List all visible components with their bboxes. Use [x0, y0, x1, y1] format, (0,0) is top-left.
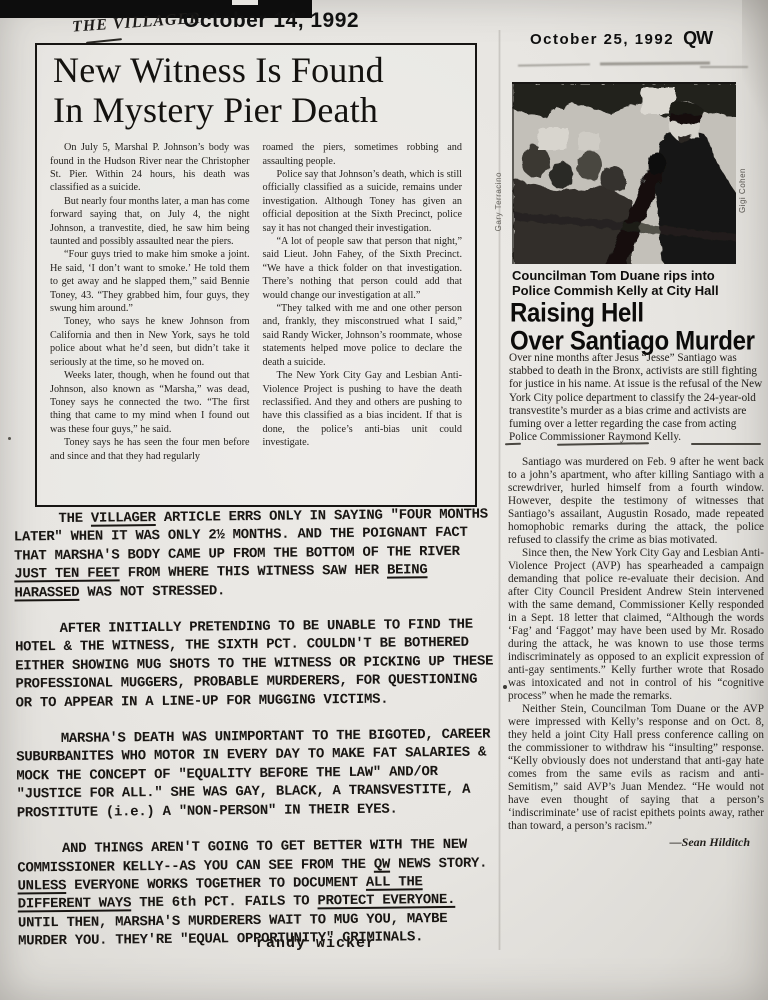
pen-smudge: [518, 63, 590, 66]
typewritten-paragraph: THE VILLAGER ARTICLE ERRS ONLY IN SAYING…: [14, 505, 495, 602]
underlined-text: UNLESS: [17, 878, 66, 895]
paper-crease: [742, 0, 768, 170]
article-paragraph: Toney, who says he knew Johnson from Cal…: [50, 315, 250, 369]
photo-caption: Councilman Tom Duane rips intoPolice Com…: [512, 268, 719, 299]
qw-byline: —Sean Hilditch: [508, 835, 764, 850]
pen-smudge: [700, 66, 748, 68]
text-segment: AFTER INITIALLY PRETENDING TO BE UNABLE …: [15, 617, 493, 711]
qw-byline-row: —Sean Hilditch: [508, 835, 764, 850]
typewritten-signature-row: randy wicker: [16, 935, 496, 952]
qw-date: October 25, 1992: [530, 31, 674, 48]
pen-mark-dot: [503, 685, 507, 689]
news-photo: [512, 82, 736, 264]
qw-headline: Raising HellOver Santiago Murder: [510, 299, 755, 355]
villager-dateline: October 14, 1992: [183, 9, 359, 33]
pen-mark-dot: [8, 437, 11, 440]
article-paragraph: “A lot of people saw that person that ni…: [263, 235, 463, 302]
text-segment: MARSHA'S DEATH WAS UNIMPORTANT TO THE BI…: [16, 727, 490, 822]
qw-headline-line1: Raising Hell: [510, 298, 644, 328]
photo-credit-right: Gigi Cohen: [738, 168, 747, 213]
villager-article: New Witness Is FoundIn Mystery Pier Deat…: [35, 43, 477, 507]
scanned-page: THE VILLAGER, October 14, 1992 October 2…: [0, 0, 768, 1000]
article-paragraph: The New York City Gay and Lesbian Anti-V…: [263, 369, 463, 449]
villager-columns: On July 5, Marshal P. Johnson’s body was…: [37, 132, 475, 481]
paper-fold-shadow: [498, 30, 501, 950]
qw-dateline: October 25, 1992QW: [530, 28, 712, 49]
news-photo-art: [512, 82, 736, 264]
signature: randy wicker: [256, 935, 496, 952]
hand-drawn-divider: [505, 442, 763, 446]
article-paragraph: “Four guys tried to make him smoke a joi…: [50, 248, 250, 315]
article-paragraph: “They talked with me and one other perso…: [263, 302, 463, 369]
villager-column-2: roamed the piers, sometimes robbing and …: [263, 141, 463, 481]
text-segment: THE: [58, 511, 91, 527]
typewritten-commentary: THE VILLAGER ARTICLE ERRS ONLY IN SAYING…: [14, 505, 499, 969]
underlined-text: VILLAGER: [91, 510, 156, 527]
typewritten-paragraph: MARSHA'S DEATH WAS UNIMPORTANT TO THE BI…: [16, 726, 497, 823]
typewritten-paragraph: AND THINGS AREN'T GOING TO GET BETTER WI…: [17, 836, 498, 951]
qw-logo: QW: [683, 28, 712, 48]
article-paragraph: Neither Stein, Councilman Tom Duane or t…: [508, 703, 764, 833]
article-paragraph: roamed the piers, sometimes robbing and …: [263, 141, 463, 168]
typewritten-paragraph: AFTER INITIALLY PRETENDING TO BE UNABLE …: [15, 616, 496, 713]
torn-paper-nick: [232, 0, 258, 5]
article-paragraph: Toney says he has seen the four men befo…: [50, 436, 250, 463]
text-segment: WAS NOT STRESSED.: [79, 583, 225, 601]
article-paragraph: Since then, the New York City Gay and Le…: [508, 547, 764, 703]
photo-caption-line2: Police Commish Kelly at City Hall: [512, 283, 719, 298]
article-paragraph: Police say that Johnson’s death, which i…: [263, 168, 463, 235]
photo-caption-line1: Councilman Tom Duane rips into: [512, 268, 715, 283]
article-paragraph: Weeks later, though, when he found out t…: [50, 369, 250, 436]
text-segment: THE 6th PCT. FAILS TO: [131, 894, 318, 912]
article-paragraph: On July 5, Marshal P. Johnson’s body was…: [50, 141, 250, 195]
villager-column-1: On July 5, Marshal P. Johnson’s body was…: [50, 141, 250, 481]
villager-headline-line2: In Mystery Pier Death: [53, 90, 378, 130]
villager-headline: New Witness Is FoundIn Mystery Pier Deat…: [53, 51, 461, 130]
article-paragraph: But nearly four months later, a man has …: [50, 195, 250, 249]
qw-article-body: Santiago was murdered on Feb. 9 after he…: [508, 456, 764, 833]
qw-lede: Over nine months after Jesus “Jesse” San…: [509, 352, 765, 444]
underlined-text: JUST TEN FEET: [14, 566, 119, 583]
text-segment: FROM WHERE THIS WITNESS SAW HER: [120, 563, 388, 582]
photo-credit-left: Gary Terracino: [494, 172, 503, 231]
underlined-text: QW: [374, 856, 390, 872]
text-segment: NEWS STORY.: [390, 855, 487, 872]
villager-headline-line1: New Witness Is Found: [53, 50, 384, 90]
text-segment: EVERYONE WORKS TOGETHER TO DOCUMENT: [66, 875, 366, 894]
underlined-text: PROTECT EVERYONE.: [317, 892, 455, 909]
pen-smudge: [600, 62, 710, 66]
article-paragraph: Santiago was murdered on Feb. 9 after he…: [508, 456, 764, 547]
